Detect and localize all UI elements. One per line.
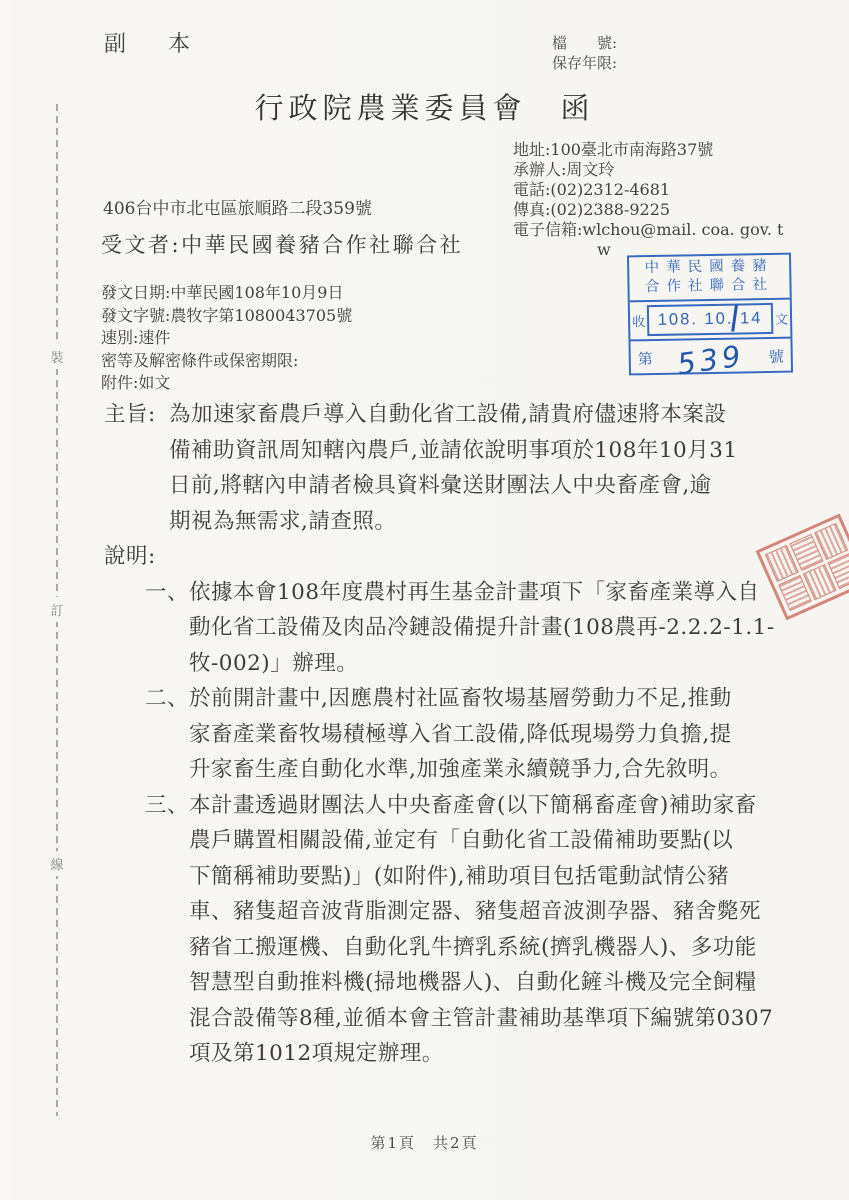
copy-label: 副 本 [104,27,200,58]
binding-mark-ding: 訂 [48,597,66,622]
subject-text: 為加速家畜農戶導入自動化省工設備,請貴府儘速將本案設 備補助資訊周知轄內農戶,並… [169,397,783,539]
recipient-postal-address: 406台中市北屯區旅順路二段359號 [103,194,372,219]
receipt-stamp-date: 108. 10. 14 [647,303,774,336]
page-number-footer: 第1頁 共2頁 [0,1132,849,1153]
receipt-stamp-number-row: 第 539 號 [630,337,791,376]
receipt-stamp-org: 中華民國養豬 合作社聯合社 [629,255,790,303]
subject-label: 主旨: [104,397,169,539]
letter-body: 主旨: 為加速家畜農戶導入自動化省工設備,請貴府儘速將本案設 備補助資訊周知轄內… [104,397,794,1072]
issue-number: 發文字號:農牧字第1080043705號 [101,305,352,328]
item-text: 依據本會108年度農村再生基金計畫項下「家畜產業導入自 動化省工設備及肉品冷鏈設… [189,575,794,682]
item-number: 二、 [145,681,189,788]
receipt-number-prefix: 第 [638,348,653,369]
security-class: 密等及解密條件或保密期限: [101,350,352,373]
receipt-stamp-receive-char: 收 [630,311,647,330]
file-number-block: 檔 號: 保存年限: [552,33,617,73]
receipt-stamp-org-line1: 中華民國養豬 [634,257,784,279]
item-number: 一、 [145,575,189,682]
agency-contact-block: 地址:100臺北市南海路37號 承辦人:周文玲 電話:(02)2312-4681… [513,140,783,260]
explanation-item-1: 一、 依據本會108年度農村再生基金計畫項下「家畜產業導入自 動化省工設備及肉品… [104,575,794,682]
agency-email: 電子信箱:wlchou@mail. coa. gov. t [513,220,783,240]
binding-mark-zhuang: 裝 [48,344,66,369]
subject-section: 主旨: 為加速家畜農戶導入自動化省工設備,請貴府儘速將本案設 備補助資訊周知轄內… [104,397,794,539]
document-title: 行政院農業委員會 函 [0,86,849,127]
issue-date: 發文日期:中華民國108年10月9日 [101,282,352,305]
explanation-item-3: 三、 本計畫透過財團法人中央畜產會(以下簡稱畜產會)補助家畜 農戶購置相關設備,… [104,788,794,1072]
retention-period-label: 保存年限: [552,53,617,73]
receipt-number-suffix: 號 [769,345,784,366]
speed-class: 速別:速件 [101,327,352,350]
item-text: 本計畫透過財團法人中央畜產會(以下簡稱畜產會)補助家畜 農戶購置相關設備,並定有… [189,788,794,1072]
scanned-letter-page: 副 本 檔 號: 保存年限: 行政院農業委員會 函 地址:100臺北市南海路37… [0,0,849,1200]
agency-phone: 電話:(02)2312-4681 [513,180,783,200]
explanation-item-2: 二、 於前開計畫中,因應農村社區畜牧場基層勞動力不足,推動 家畜產業畜牧場積極導… [104,681,794,788]
attachment-note: 附件:如文 [101,372,352,395]
item-number: 三、 [145,788,189,1072]
explanation-label: 說明: [104,539,794,575]
recipient-line: 受文者:中華民國養豬合作社聯合社 [101,229,463,259]
binding-mark-xian: 線 [48,851,66,876]
agency-address: 地址:100臺北市南海路37號 [513,140,783,160]
handwritten-receipt-number: 539 [675,338,746,381]
file-number-label: 檔 號: [552,33,617,53]
document-meta-block: 發文日期:中華民國108年10月9日 發文字號:農牧字第1080043705號 … [101,282,352,395]
item-text: 於前開計畫中,因應農村社區畜牧場基層勞動力不足,推動 家畜產業畜牧場積極導入省工… [189,681,794,788]
receipt-stamp: 中華民國養豬 合作社聯合社 收 108. 10. 14 文 第 539 號 [627,253,793,376]
agency-fax: 傳真:(02)2388-9225 [513,200,783,220]
agency-contact-person: 承辦人:周文玲 [513,160,783,180]
receipt-stamp-doc-char: 文 [773,309,790,328]
receipt-stamp-org-line2: 合作社聯合社 [634,276,784,298]
receipt-stamp-date-row: 收 108. 10. 14 文 [630,300,791,340]
